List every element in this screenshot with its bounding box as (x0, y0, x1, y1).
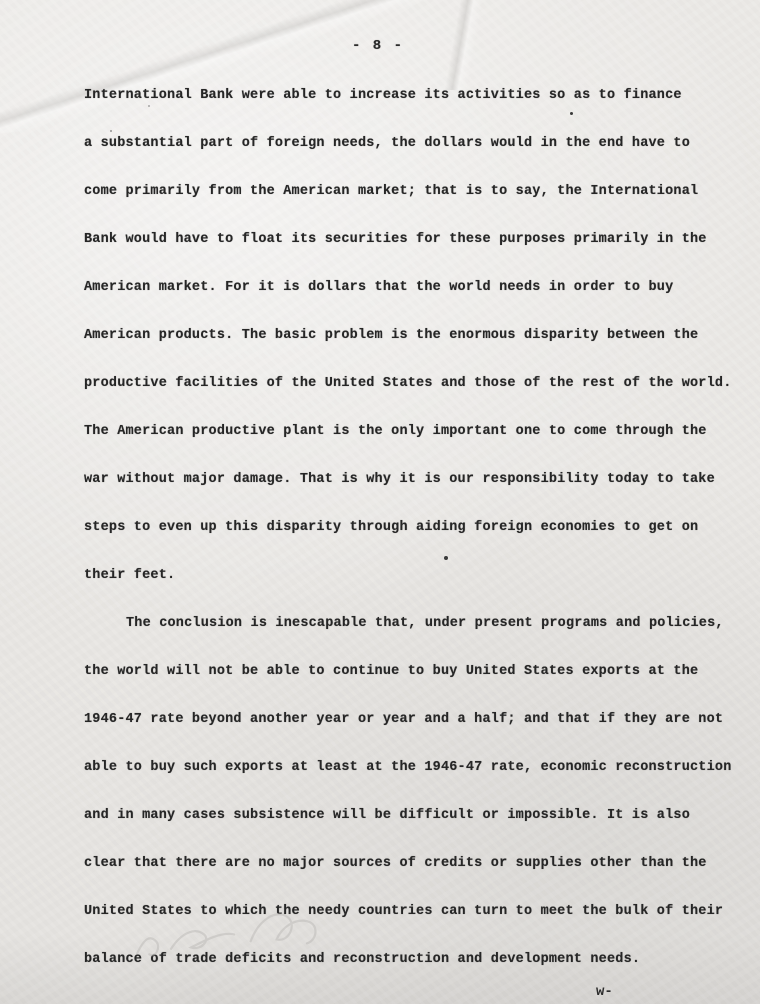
text-line: the world will not be able to continue t… (84, 648, 720, 696)
page-number: - 8 - (0, 38, 756, 54)
text-line: United States to which the needy countri… (84, 888, 720, 936)
text-line: The American productive plant is the onl… (84, 408, 720, 456)
text-line: and in many cases subsistence will be di… (84, 792, 720, 840)
scanned-document-page: - 8 - International Bank were able to in… (0, 0, 760, 1004)
document-lines: International Bank were able to increase… (84, 72, 720, 984)
bottom-page-mark: w- (596, 984, 613, 1000)
text-line: a substantial part of foreign needs, the… (84, 120, 720, 168)
text-line: 1946-47 rate beyond another year or year… (84, 696, 720, 744)
text-line: steps to even up this disparity through … (84, 504, 720, 552)
text-line: American market. For it is dollars that … (84, 264, 720, 312)
text-line: war without major damage. That is why it… (84, 456, 720, 504)
text-line: their feet. (84, 552, 720, 600)
text-line: productive facilities of the United Stat… (84, 360, 720, 408)
text-line: Bank would have to float its securities … (84, 216, 720, 264)
text-line: clear that there are no major sources of… (84, 840, 720, 888)
text-line: American products. The basic problem is … (84, 312, 720, 360)
text-line: International Bank were able to increase… (84, 72, 720, 120)
text-line: balance of trade deficits and reconstruc… (84, 936, 720, 984)
text-line: come primarily from the American market;… (84, 168, 720, 216)
text-line: The conclusion is inescapable that, unde… (84, 600, 720, 648)
text-line: able to buy such exports at least at the… (84, 744, 720, 792)
